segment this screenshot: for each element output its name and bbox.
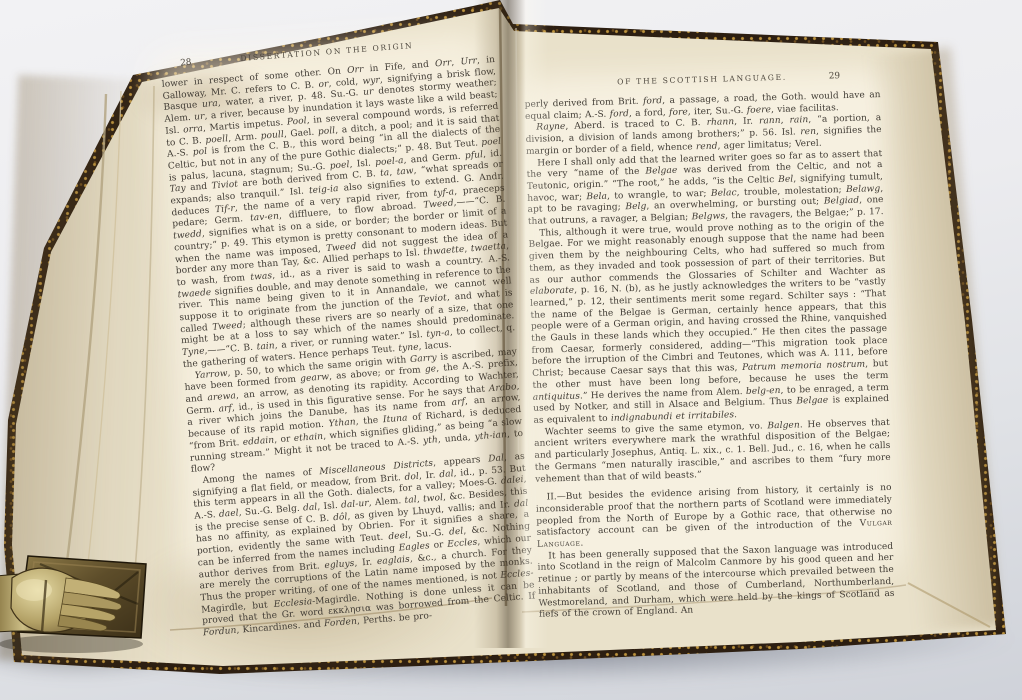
book-photo: 28 DISSERTATION ON THE ORIGIN lower in r… — [0, 0, 1022, 700]
paragraph: Wachter seems to give the same etymon, v… — [534, 418, 891, 486]
left-page: 28 DISSERTATION ON THE ORIGIN lower in r… — [160, 35, 537, 640]
right-page: OF THE SCOTTISH LANGUAGE. 29 perly deriv… — [524, 70, 895, 622]
paragraph: It has been generally supposed that the … — [537, 542, 895, 622]
paragraph: lower in respect of some other. On Orr i… — [161, 55, 516, 372]
right-page-number: 29 — [829, 71, 840, 81]
paragraph: Among the names of Miscellaneous Distric… — [191, 452, 536, 640]
left-page-number: 28 — [180, 58, 192, 69]
brass-hand-clasp — [0, 540, 156, 655]
right-page-body: perly derived from Brit. ford, a passage… — [525, 90, 895, 622]
left-page-body: lower in respect of some other. On Orr i… — [161, 55, 536, 640]
paragraph: Here I shall only add that the learned w… — [526, 149, 884, 229]
paragraph: II.—But besides the evidence arising fro… — [536, 483, 893, 551]
paragraph: This, although it were true, would prove… — [528, 219, 889, 428]
